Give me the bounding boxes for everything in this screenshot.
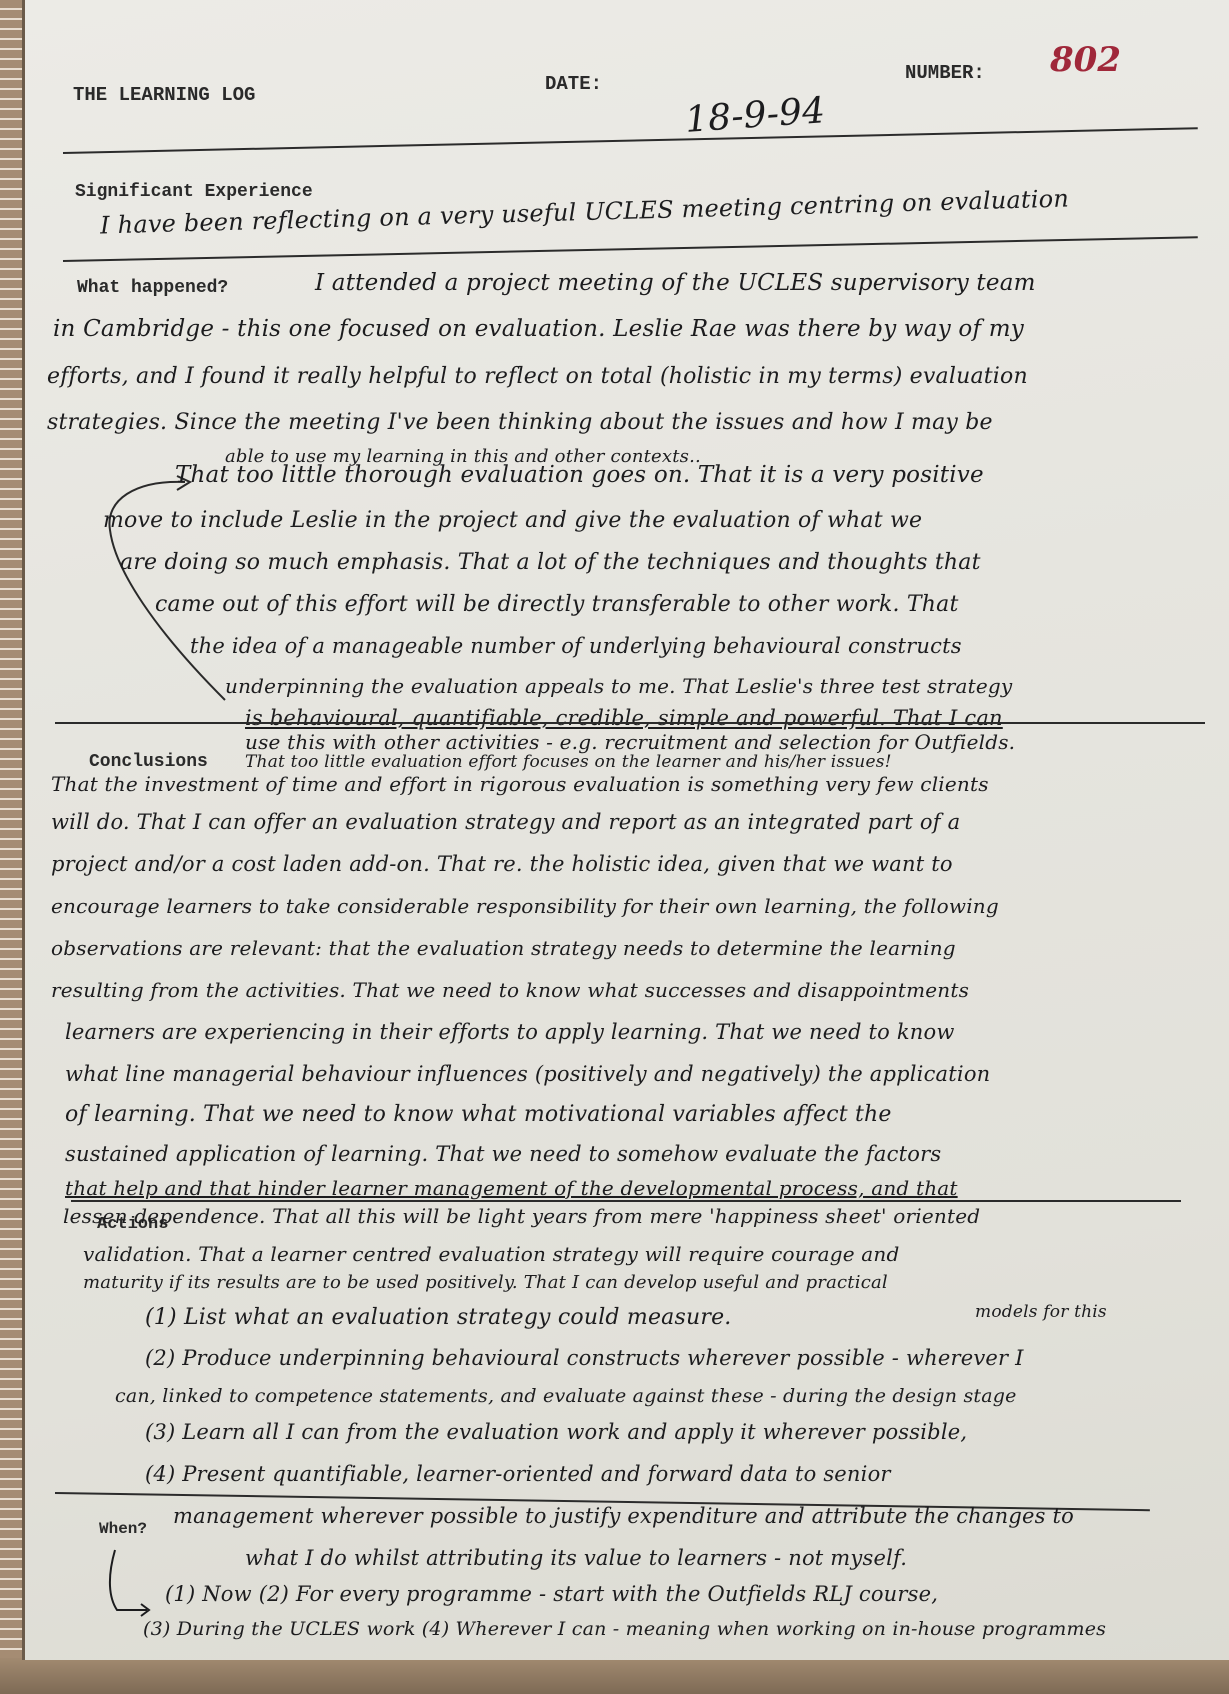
conclusions-line: resulting from the activities. That we n… [51, 978, 969, 1002]
what-happened-label: What happened? [77, 278, 228, 298]
conclusions-line: observations are relevant: that the eval… [51, 936, 956, 960]
desk-surface [0, 1658, 1229, 1694]
actions-line-continuation: models for this [975, 1302, 1107, 1322]
notebook-binding [0, 0, 22, 1694]
significant-experience-label: Significant Experience [75, 182, 313, 202]
form-title: THE LEARNING LOG [73, 84, 255, 106]
conclusions-line: what line managerial behaviour influence… [65, 1062, 990, 1086]
conclusions-label: Conclusions [89, 752, 208, 772]
conclusions-line: use this with other activities - e.g. re… [245, 730, 1015, 754]
conclusions-line: that help and that hinder learner manage… [65, 1176, 958, 1200]
actions-item-3: (3) Learn all I can from the evaluation … [145, 1420, 967, 1444]
when-line: (3) During the UCLES work (4) Wherever I… [143, 1618, 1106, 1640]
what-happened-line: That too little thorough evaluation goes… [175, 462, 984, 488]
what-happened-line: the idea of a manageable number of under… [190, 634, 962, 658]
what-happened-line: are doing so much emphasis. That a lot o… [120, 550, 981, 575]
conclusions-line: That the investment of time and effort i… [51, 772, 989, 796]
conclusions-line: will do. That I can offer an evaluation … [51, 810, 960, 834]
what-happened-line: I attended a project meeting of the UCLE… [315, 270, 1036, 296]
log-number: 802 [1050, 40, 1121, 80]
actions-item-1: (1) List what an evaluation strategy cou… [145, 1305, 732, 1330]
what-happened-line: in Cambridge - this one focused on evalu… [53, 316, 1024, 342]
when-arrow-icon [103, 1548, 163, 1618]
when-line: what I do whilst attributing its value t… [245, 1546, 907, 1570]
conclusions-line: encourage learners to take considerable … [51, 894, 999, 918]
what-happened-line: underpinning the evaluation appeals to m… [225, 674, 1012, 698]
conclusions-line: learners are experiencing in their effor… [65, 1020, 955, 1044]
when-label: When? [99, 1520, 147, 1538]
actions-line: validation. That a learner centred evalu… [83, 1242, 900, 1266]
learning-log-page: THE LEARNING LOG DATE: NUMBER: 802 18-9-… [22, 0, 1229, 1660]
actions-line: maturity if its results are to be used p… [83, 1272, 888, 1293]
actions-line: lessen dependence. That all this will be… [63, 1204, 980, 1228]
significant-experience-rule [63, 236, 1198, 262]
actions-line: can, linked to competence statements, an… [115, 1385, 1017, 1407]
actions-item-2: (2) Produce underpinning behavioural con… [145, 1346, 1024, 1370]
date-label: DATE: [545, 73, 602, 95]
what-happened-line: strategies. Since the meeting I've been … [47, 410, 993, 435]
conclusions-line: project and/or a cost laden add-on. That… [51, 852, 953, 876]
conclusions-line: of learning. That we need to know what m… [65, 1102, 892, 1127]
conclusions-rule [71, 1200, 1181, 1202]
what-happened-rule [55, 722, 1205, 724]
conclusions-line: That too little evaluation effort focuse… [245, 752, 892, 772]
what-happened-line: move to include Leslie in the project an… [103, 508, 922, 533]
number-label: NUMBER: [905, 62, 985, 84]
actions-item-4: (4) Present quantifiable, learner-orient… [145, 1462, 891, 1486]
what-happened-line: efforts, and I found it really helpful t… [47, 364, 1028, 389]
header-rule [63, 127, 1198, 154]
conclusions-line: sustained application of learning. That … [65, 1142, 941, 1166]
what-happened-line: came out of this effort will be directly… [155, 592, 959, 617]
date-value: 18-9-94 [684, 90, 827, 141]
when-line: (1) Now (2) For every programme - start … [165, 1582, 938, 1606]
what-happened-line: is behavioural, quantifiable, credible, … [245, 706, 1003, 730]
when-line: management wherever possible to justify … [173, 1504, 1074, 1528]
